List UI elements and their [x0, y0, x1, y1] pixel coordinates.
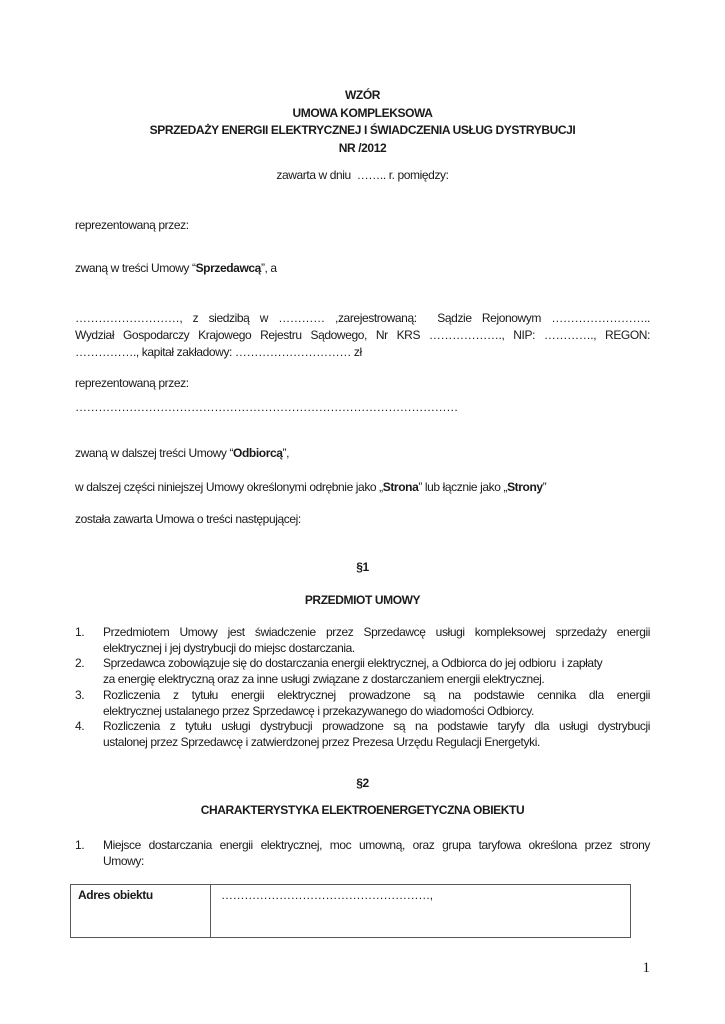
- list-item-number: 1.: [75, 625, 84, 641]
- concluded-line: została zawarta Umowa o treści następują…: [75, 511, 650, 527]
- section2-symbol: §2: [75, 775, 650, 791]
- buyer-clause-post: ”,: [283, 446, 290, 460]
- seller-clause: zwaną w treści Umowy “Sprzedawcą”, a: [75, 260, 650, 276]
- section1-symbol: §1: [75, 559, 650, 575]
- parties-clause: w dalszej części niniejszej Umowy określ…: [75, 479, 650, 495]
- section1-heading: PRZEDMIOT UMOWY: [75, 592, 650, 608]
- list-item-line: ustalonej przez Sprzedawcę i zatwierdzon…: [103, 735, 650, 751]
- list-item: 3. Rozliczenia z tytułu energii elektryc…: [75, 688, 650, 719]
- seller-name: Sprzedawcą: [196, 261, 261, 275]
- list-item: 1. Miejsce dostarczania energii elektryc…: [75, 837, 650, 869]
- list-item: 2. Sprzedawca zobowiązuje się do dostarc…: [75, 656, 650, 687]
- list-item: 4. Rozliczenia z tytułu usługi dystrybuc…: [75, 719, 650, 750]
- seller-clause-pre: zwaną w treści Umowy “: [75, 261, 196, 275]
- section2-list: 1. Miejsce dostarczania energii elektryc…: [75, 837, 650, 869]
- list-item-number: 4.: [75, 719, 84, 735]
- list-item-line: Rozliczenia z tytułu usługi dystrybucji …: [103, 719, 650, 735]
- list-item-line: Umowy:: [103, 853, 650, 869]
- parties-clause-pre: w dalszej części niniejszej Umowy określ…: [75, 480, 383, 494]
- party-term-strony: Strony: [507, 480, 543, 494]
- object-address-table: Adres obiektu ………………………………………………,: [70, 884, 631, 938]
- page-number: 1: [75, 959, 650, 977]
- section1-list: 1. Przedmiotem Umowy jest świadczenie pr…: [75, 625, 650, 751]
- parties-clause-post: ”: [543, 480, 547, 494]
- contract-document-page: WZÓR UMOWA KOMPLEKSOWA SPRZEDAŻY ENERGII…: [0, 0, 725, 1024]
- list-item-line: Sprzedawca zobowiązuje się do dostarczan…: [103, 656, 650, 672]
- seller-clause-post: ”, a: [261, 261, 277, 275]
- title-line-umowa: UMOWA KOMPLEKSOWA: [75, 105, 650, 123]
- list-item-number: 3.: [75, 688, 84, 704]
- title-line-wzor: WZÓR: [75, 87, 650, 105]
- parties-clause-mid: ” lub łącznie jako „: [418, 480, 507, 494]
- title-line-nr: NR /2012: [75, 140, 650, 158]
- list-item-number: 2.: [75, 656, 84, 672]
- list-item-number: 1.: [75, 837, 84, 853]
- title-line-sprzedazy: SPRZEDAŻY ENERGII ELEKTRYCZNEJ I ŚWIADCZ…: [75, 122, 650, 140]
- represented-by-2: reprezentowaną przez:: [75, 375, 650, 391]
- list-item-line: elektrycznej ustalanego przez Sprzedawcę…: [103, 704, 650, 720]
- company-details-line: ……………., kapitał zakładowy: ………………………… zł: [75, 344, 650, 361]
- document-title: WZÓR UMOWA KOMPLEKSOWA SPRZEDAŻY ENERGII…: [75, 87, 650, 157]
- buyer-name: Odbiorcą: [233, 446, 282, 460]
- table-label-cell: Adres obiektu: [71, 885, 211, 937]
- list-item-line: za energię elektryczną oraz za inne usłu…: [103, 672, 650, 688]
- section2-heading: CHARAKTERYSTYKA ELEKTROENERGETYCZNA OBIE…: [75, 802, 650, 818]
- company-details-paragraph: ………………………, z siedzibą w ………… ,zarejestro…: [75, 310, 650, 361]
- list-item-line: elektrycznej i jej dystrybucji do miejsc…: [103, 641, 650, 657]
- company-details-line: ………………………, z siedzibą w ………… ,zarejestro…: [75, 310, 650, 327]
- list-item: 1. Przedmiotem Umowy jest świadczenie pr…: [75, 625, 650, 656]
- dotted-fill-line: ………………………………………………………………………………………: [75, 399, 650, 415]
- list-item-line: Rozliczenia z tytułu energii elektryczne…: [103, 688, 650, 704]
- company-details-line: Wydział Gospodarczy Krajowego Rejestru S…: [75, 327, 650, 344]
- table-value-cell: ………………………………………………,: [211, 885, 630, 937]
- buyer-clause-pre: zwaną w dalszej treści Umowy “: [75, 446, 233, 460]
- party-term-strona: Strona: [383, 480, 419, 494]
- buyer-clause: zwaną w dalszej treści Umowy “Odbiorcą”,: [75, 445, 650, 461]
- date-line: zawarta w dniu …….. r. pomiędzy:: [75, 167, 650, 183]
- list-item-line: Miejsce dostarczania energii elektryczne…: [103, 837, 650, 853]
- list-item-line: Przedmiotem Umowy jest świadczenie przez…: [103, 625, 650, 641]
- represented-by-1: reprezentowaną przez:: [75, 217, 650, 233]
